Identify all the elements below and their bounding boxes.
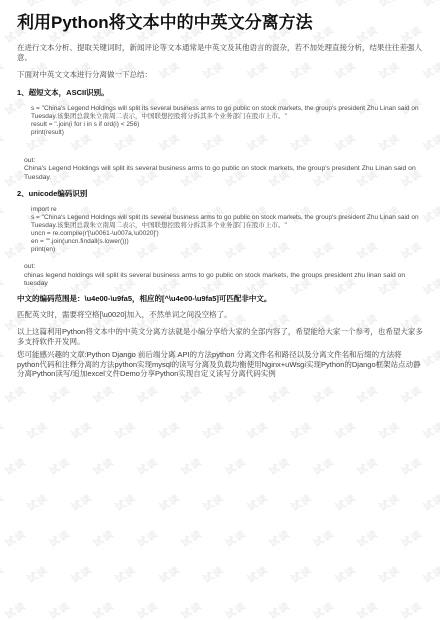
watermark-text: 试读 [90, 381, 117, 405]
closing-paragraph: 以上这篇利用Python将文本中的中英文分离方法就是小编分享给大家的全部内容了，… [17, 327, 423, 346]
watermark-text: 试读 [288, 561, 315, 585]
intro-paragraph: 在进行文本分析、提取关键词时，新闻评论等文本通常是中英文及其他语言的混杂，若不加… [17, 43, 423, 62]
section1-heading: 1、超短文本，ASCII识别。 [17, 88, 423, 97]
watermark-text: 试读 [46, 453, 73, 477]
watermark-text: 试读 [354, 525, 381, 549]
watermark-text: 试读 [354, 381, 381, 405]
watermark-text: 试读 [46, 381, 73, 405]
watermark-text: 试读 [222, 525, 249, 549]
watermark-text: 试读 [2, 453, 29, 477]
watermark-text: 试读 [90, 453, 117, 477]
watermark-text: 试读 [266, 381, 293, 405]
watermark-text: 试读 [112, 561, 139, 585]
watermark-text: 试读 [178, 597, 205, 620]
section1-code-block: s = "China's Legend Holdings will split … [31, 105, 423, 137]
lead-paragraph: 下面对中英文文本进行分离做一下总结： [17, 70, 423, 80]
watermark-text: 试读 [112, 489, 139, 513]
watermark-text: 试读 [222, 597, 249, 620]
section2-heading: 2、unicode编码识别 [17, 189, 423, 198]
watermark-text: 试读 [398, 453, 425, 477]
section2-output-block: out: chinas legend holdings will split i… [24, 263, 423, 289]
watermark-text: 试读 [24, 489, 51, 513]
watermark-text: 试读 [398, 525, 425, 549]
watermark-text: 试读 [156, 417, 183, 441]
watermark-text: 试读 [376, 489, 403, 513]
watermark-text: 试读 [134, 381, 161, 405]
watermark-text: 试读 [178, 525, 205, 549]
document-page: 试读试读试读试读试读试读试读试读试读试读试读试读试读试读试读试读试读试读试读试读… [0, 0, 440, 620]
watermark-text: 试读 [134, 525, 161, 549]
page-title: 利用Python将文本中的中英文分离方法 [17, 12, 423, 34]
watermark-text: 试读 [0, 417, 6, 441]
watermark-text: 试读 [2, 381, 29, 405]
encoding-range-note: 中文的编码范围是：\u4e00-\u9fa5，相应的[^\u4e00-\u9fa… [17, 294, 423, 303]
watermark-text: 试读 [420, 489, 440, 513]
watermark-text: 试读 [244, 417, 271, 441]
section2-output-text: chinas legend holdings will split its se… [24, 272, 423, 289]
watermark-text: 试读 [354, 453, 381, 477]
watermark-text: 试读 [332, 561, 359, 585]
watermark-text: 试读 [310, 597, 337, 620]
section2-code-block: import re s = "China's Legend Holdings w… [31, 206, 423, 254]
watermark-text: 试读 [46, 597, 73, 620]
watermark-text: 试读 [24, 561, 51, 585]
section1-output-block: out: China's Legend Holdings will split … [24, 157, 423, 183]
watermark-text: 试读 [2, 525, 29, 549]
watermark-text: 试读 [90, 525, 117, 549]
watermark-text: 试读 [134, 453, 161, 477]
watermark-text: 试读 [288, 489, 315, 513]
watermark-text: 试读 [156, 561, 183, 585]
watermark-text: 试读 [376, 417, 403, 441]
watermark-text: 试读 [332, 417, 359, 441]
watermark-text: 试读 [376, 561, 403, 585]
space-note: 匹配英文时，需要将空格[\u0020]加入，不然单词之间没空格了。 [17, 310, 423, 320]
watermark-text: 试读 [134, 597, 161, 620]
watermark-text: 试读 [90, 597, 117, 620]
watermark-text: 试读 [266, 597, 293, 620]
output-label: out: [24, 263, 423, 272]
watermark-text: 试读 [178, 381, 205, 405]
watermark-text: 试读 [178, 453, 205, 477]
watermark-text: 试读 [200, 489, 227, 513]
watermark-text: 试读 [46, 525, 73, 549]
article-content: 利用Python将文本中的中英文分离方法 在进行文本分析、提取关键词时，新闻评论… [0, 0, 440, 379]
watermark-text: 试读 [2, 597, 29, 620]
related-articles-paragraph: 您可能感兴趣的文章:Python Django 前后端分离 API的方法pyth… [17, 350, 423, 379]
watermark-text: 试读 [244, 561, 271, 585]
watermark-text: 试读 [68, 489, 95, 513]
watermark-text: 试读 [112, 417, 139, 441]
watermark-text: 试读 [68, 417, 95, 441]
watermark-text: 试读 [244, 489, 271, 513]
watermark-text: 试读 [0, 489, 6, 513]
output-label: out: [24, 157, 423, 166]
watermark-text: 试读 [420, 561, 440, 585]
watermark-text: 试读 [288, 417, 315, 441]
watermark-text: 试读 [310, 381, 337, 405]
watermark-text: 试读 [354, 597, 381, 620]
watermark-text: 试读 [420, 417, 440, 441]
watermark-text: 试读 [156, 489, 183, 513]
watermark-text: 试读 [332, 489, 359, 513]
watermark-text: 试读 [24, 417, 51, 441]
watermark-text: 试读 [222, 453, 249, 477]
watermark-text: 试读 [398, 381, 425, 405]
watermark-text: 试读 [222, 381, 249, 405]
watermark-text: 试读 [266, 453, 293, 477]
watermark-text: 试读 [200, 561, 227, 585]
watermark-text: 试读 [398, 597, 425, 620]
watermark-text: 试读 [68, 561, 95, 585]
watermark-text: 试读 [0, 561, 6, 585]
watermark-text: 试读 [266, 525, 293, 549]
section1-output-text: China's Legend Holdings will split its s… [24, 165, 423, 182]
watermark-text: 试读 [310, 525, 337, 549]
watermark-text: 试读 [310, 453, 337, 477]
watermark-text: 试读 [200, 417, 227, 441]
